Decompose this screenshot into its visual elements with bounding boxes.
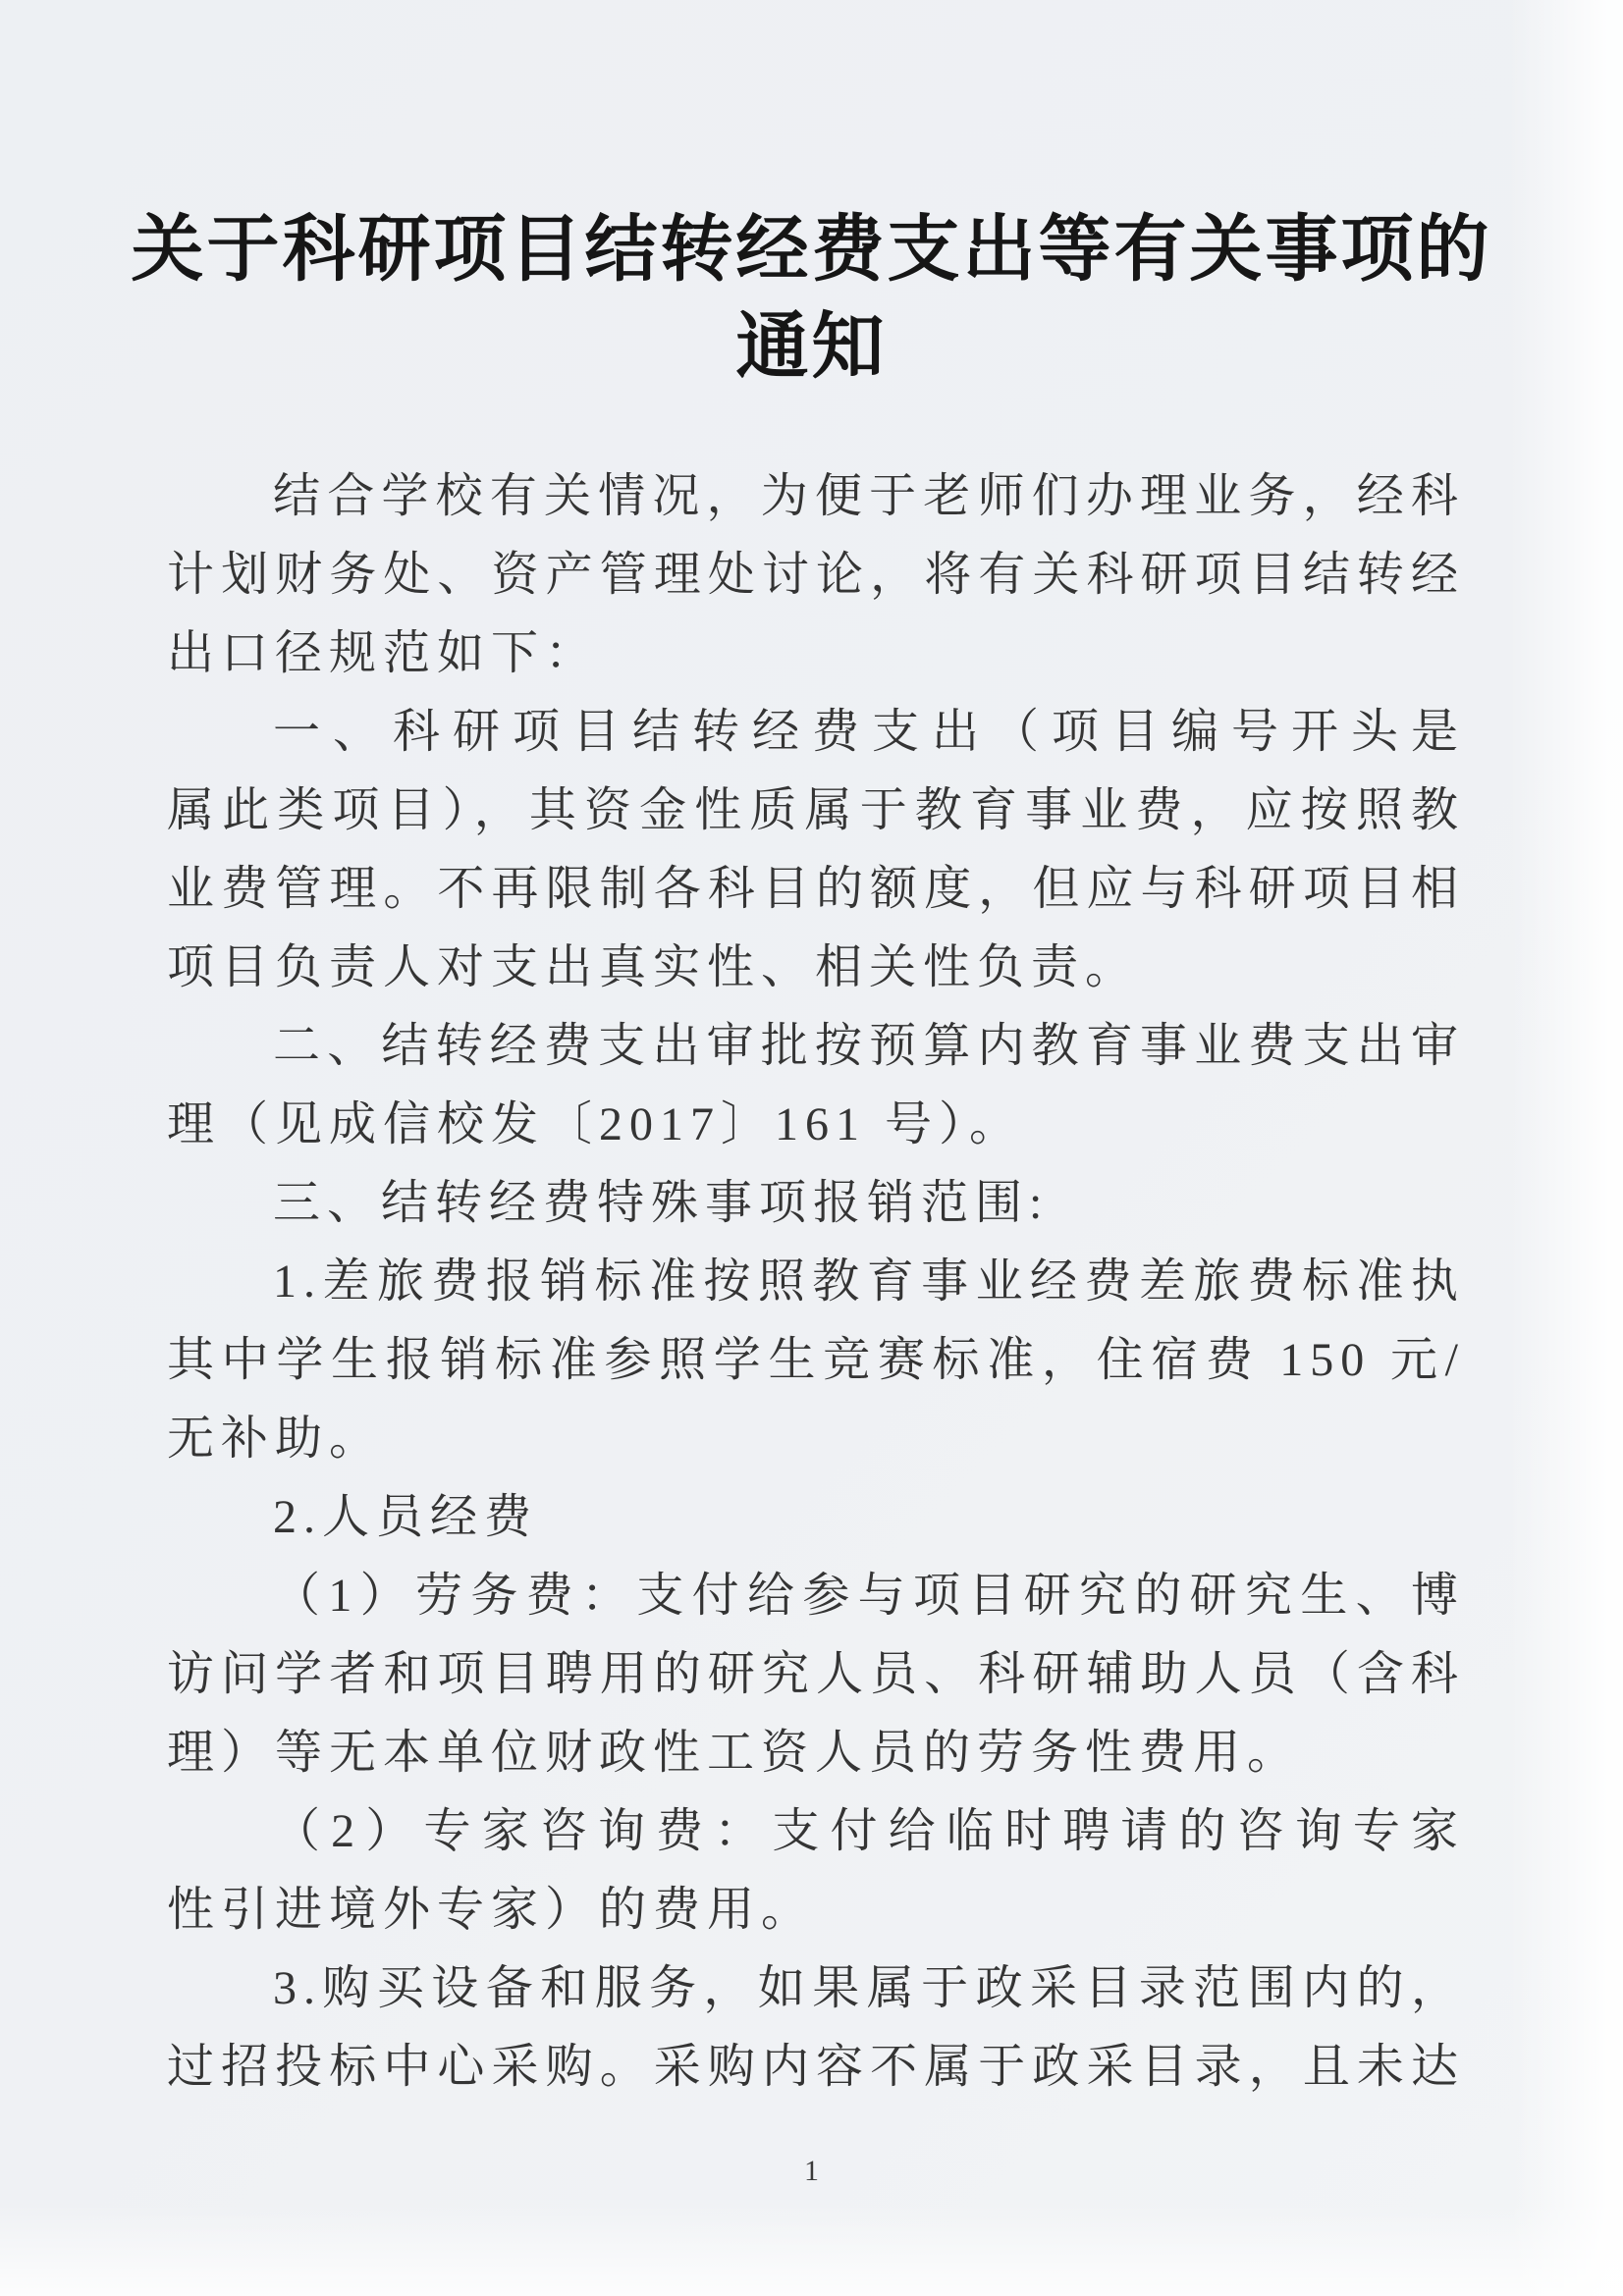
text-line: 其中学生报销标准参照学生竞赛标准，住宿费 150 元/人·天， — [167, 1321, 1465, 1400]
text-line: 无补助。 — [167, 1400, 1465, 1478]
text-line: 理（见成信校发〔2017〕161 号）。 — [167, 1086, 1465, 1164]
text-line: 理）等无本单位财政性工资人员的劳务性费用。 — [167, 1714, 1465, 1792]
text-line: 性引进境外专家）的费用。 — [167, 1871, 1465, 1949]
text-line: 二、结转经费支出审批按预算内教育事业费支出审批管 — [167, 1007, 1465, 1086]
text-line: 三、结转经费特殊事项报销范围: — [167, 1164, 1465, 1243]
text-line: 3.购买设备和服务，如果属于政采目录范围内的，应通 — [167, 1949, 1465, 2028]
text-line: 属此类项目），其资金性质属于教育事业费，应按照教育事 — [167, 772, 1465, 850]
text-line: （1）劳务费：支付给参与项目研究的研究生、博士后、 — [167, 1557, 1465, 1635]
text-line: 出口径规范如下： — [167, 614, 1465, 693]
text-line: 项目负责人对支出真实性、相关性负责。 — [167, 929, 1465, 1007]
text-line: 1.差旅费报销标准按照教育事业经费差旅费标准执行， — [167, 1243, 1465, 1321]
text-line: 访问学者和项目聘用的研究人员、科研辅助人员（含科研助 — [167, 1635, 1465, 1714]
document-page: 关于科研项目结转经费支出等有关事项的 通知 结合学校有关情况，为便于老师们办理业… — [0, 0, 1623, 2296]
text-line: 结合学校有关情况，为便于老师们办理业务，经科技处、 — [167, 457, 1465, 536]
text-line: 计划财务处、资产管理处讨论，将有关科研项目结转经费支 — [167, 536, 1465, 614]
title-line-2: 通知 — [0, 299, 1623, 397]
text-line: 过招投标中心采购。采购内容不属于政采目录，且未达到政 — [167, 2028, 1465, 2107]
document-title: 关于科研项目结转经费支出等有关事项的 通知 — [0, 0, 1623, 397]
title-line-1: 关于科研项目结转经费支出等有关事项的 — [0, 202, 1623, 299]
text-line: 2.人员经费 — [167, 1478, 1465, 1557]
text-line: （2）专家咨询费：支付给临时聘请的咨询专家（含柔 — [167, 1792, 1465, 1871]
page-number: 1 — [0, 2152, 1623, 2191]
document-body: 结合学校有关情况，为便于老师们办理业务，经科技处、计划财务处、资产管理处讨论，将… — [167, 457, 1465, 2107]
text-line: 一、科研项目结转经费支出（项目编号开头是 383、384 — [167, 693, 1465, 772]
text-line: 业费管理。不再限制各科目的额度，但应与科研项目相关， — [167, 850, 1465, 929]
